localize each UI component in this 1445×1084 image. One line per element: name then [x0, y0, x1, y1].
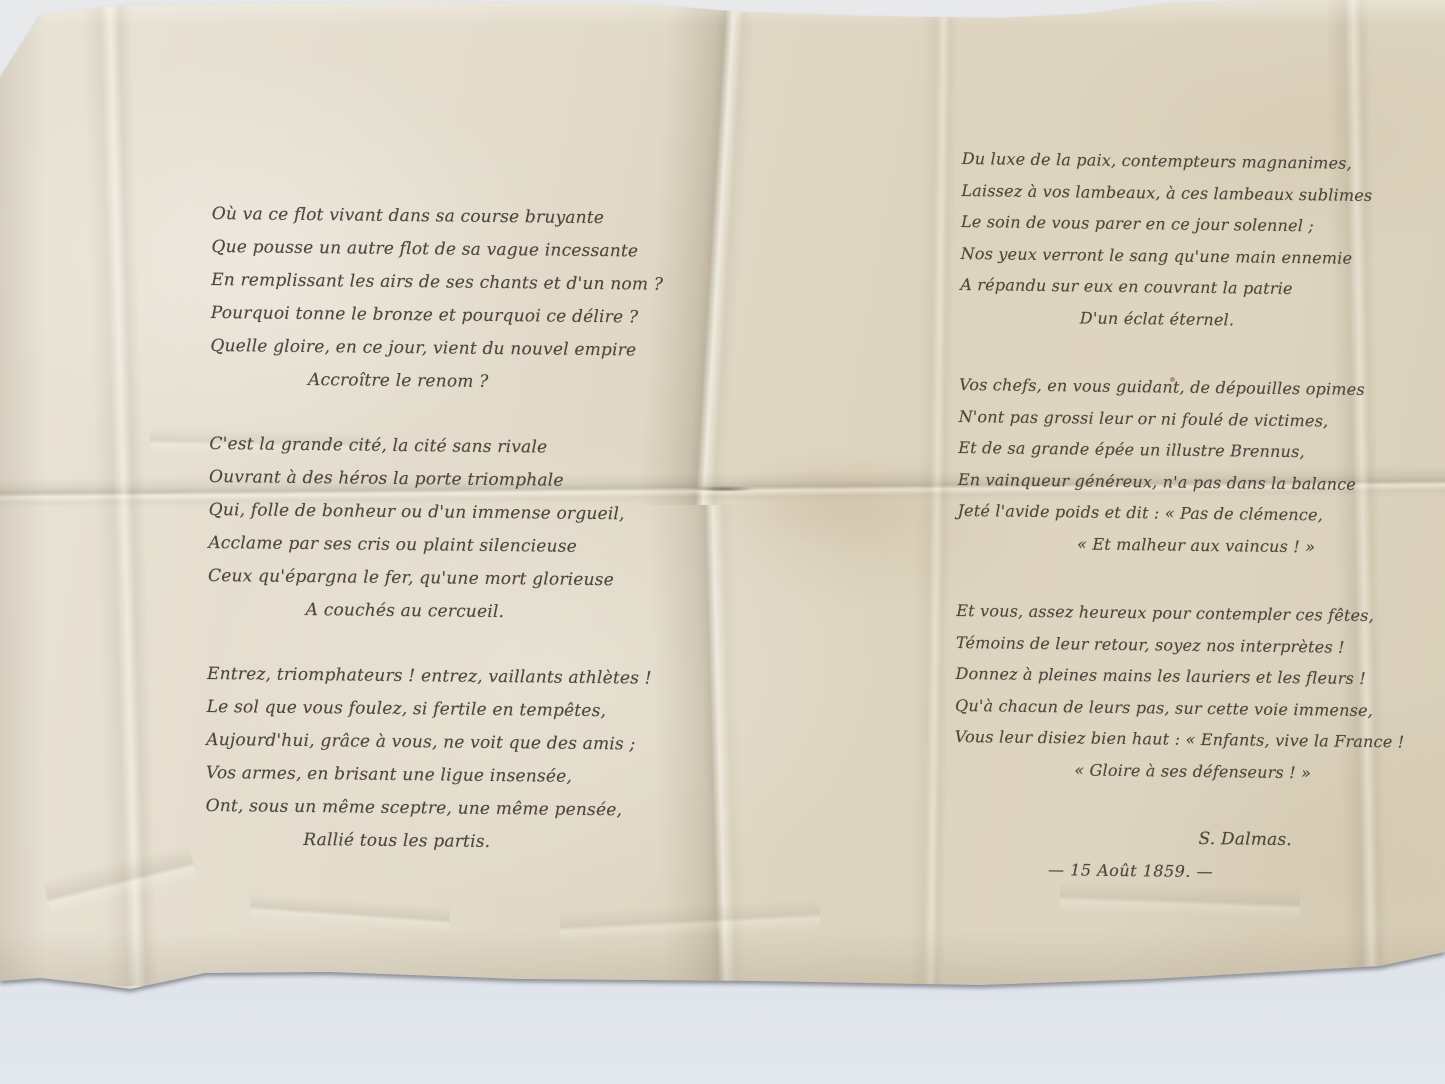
poem-line: Du luxe de la paix, contempteurs magnani…	[962, 143, 1412, 180]
paper-bottom-edge-shading	[0, 930, 1445, 986]
poem-line-refrain: A couchés au cercueil.	[208, 593, 660, 631]
poem-line: Pourquoi tonne le bronze et pourquoi ce …	[211, 297, 663, 335]
poem-line: Le sol que vous foulez, si fertile en te…	[206, 691, 658, 729]
paper-speck	[918, 1046, 922, 1050]
stanza-2-right: Vos chefs, en vous guidant, de dépouille…	[957, 369, 1409, 563]
stanza-3-left: Entrez, triomphateurs ! entrez, vaillant…	[205, 658, 659, 861]
poem-line-refrain: « Gloire à ses défenseurs ! »	[954, 752, 1404, 789]
poem-line: Donnez à pleines mains les lauriers et l…	[955, 658, 1405, 695]
date-line: — 15 Août 1859. —	[953, 852, 1403, 889]
poem-line-refrain: Rallié tous les partis.	[205, 823, 657, 861]
poem-line: Entrez, triomphateurs ! entrez, vaillant…	[207, 658, 659, 696]
poem-line: Où va ce flot vivant dans sa course bruy…	[212, 198, 664, 236]
poem-line: A répandu sur eux en couvrant la patrie	[960, 269, 1410, 306]
wrinkle	[249, 893, 450, 933]
poem-line: Quelle gloire, en ce jour, vient du nouv…	[210, 330, 662, 368]
stanza-1-left: Où va ce flot vivant dans sa course bruy…	[210, 198, 664, 401]
poem-line: Ouvrant à des héros la porte triomphale	[209, 461, 661, 499]
paper-left-edge-shading	[0, 0, 46, 1084]
poem-line: C'est la grande cité, la cité sans rival…	[209, 428, 661, 466]
poem-page-right: Du luxe de la paix, contempteurs magnani…	[953, 143, 1412, 889]
poem-line-refrain: D'un éclat éternel.	[960, 300, 1410, 337]
stanza-1-right: Du luxe de la paix, contempteurs magnani…	[960, 143, 1412, 337]
fold-crease-vertical-center-bottom	[648, 505, 747, 985]
poem-line: Qui, folle de bonheur ou d'un immense or…	[209, 494, 661, 532]
poem-line: Vous leur disiez bien haut : « Enfants, …	[955, 721, 1405, 758]
photograph-of-manuscript: Où va ce flot vivant dans sa course bruy…	[0, 0, 1445, 1084]
poem-line: Que pousse un autre flot de sa vague inc…	[211, 231, 663, 269]
poem-line: Vos chefs, en vous guidant, de dépouille…	[959, 369, 1409, 406]
fold-crease-vertical-left	[81, 0, 161, 1084]
poem-line: Et de sa grande épée un illustre Brennus…	[958, 432, 1408, 469]
poem-line: Vos armes, en brisant une ligue insensée…	[206, 757, 658, 795]
poem-line-refrain: Accroître le renom ?	[210, 363, 662, 401]
poem-line: Ont, sous un même sceptre, une même pens…	[205, 790, 657, 828]
paper-top-edge-highlight	[0, 0, 1445, 26]
poem-line: En remplissant les airs de ses chants et…	[211, 264, 663, 302]
poem-line: Le soin de vous parer en ce jour solenne…	[961, 206, 1411, 243]
stanza-3-right: Et vous, assez heureux pour contempler c…	[954, 595, 1406, 789]
fold-intersection-tear	[692, 486, 756, 492]
wrinkle	[559, 898, 820, 942]
poem-line: Acclame par ses cris ou plaint silencieu…	[208, 527, 660, 565]
fold-crease-vertical-right-inner	[907, 0, 958, 1084]
poem-page-left: Où va ce flot vivant dans sa course bruy…	[205, 198, 664, 893]
stanza-2-left: C'est la grande cité, la cité sans rival…	[208, 428, 662, 631]
poem-line-refrain: « Et malheur aux vaincus ! »	[957, 526, 1407, 563]
poem-line: Jeté l'avide poids et dit : « Pas de clé…	[957, 495, 1407, 532]
poem-line: Aujourd'hui, grâce à vous, ne voit que d…	[206, 724, 658, 762]
poem-line: Et vous, assez heureux pour contempler c…	[956, 595, 1406, 632]
wrinkle	[43, 844, 197, 915]
poem-line: Ceux qu'épargna le fer, qu'une mort glor…	[208, 560, 660, 598]
